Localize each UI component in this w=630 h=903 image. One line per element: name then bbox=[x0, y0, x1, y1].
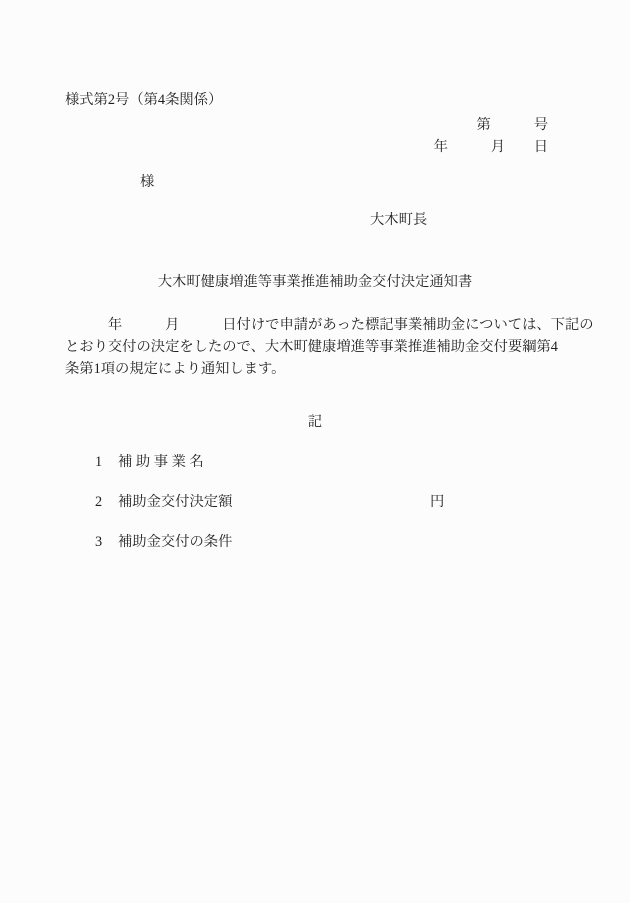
list-item-business-name: 1 補 助 事 業 名 bbox=[0, 451, 630, 473]
body-paragraph: 年 月 日付けで申請があった標記事業補助金については、下記の とおり交付の決定を… bbox=[65, 314, 575, 380]
item-number: 2 bbox=[95, 491, 102, 513]
list-item-grant-conditions: 3 補助金交付の条件 bbox=[0, 531, 630, 553]
item-label: 補助金交付決定額 bbox=[118, 491, 232, 513]
body-line: とおり交付の決定をしたので、大木町健康増進等事業推進補助金交付要綱第4 bbox=[65, 336, 575, 358]
body-line: 条第1項の規定により通知します。 bbox=[65, 358, 575, 380]
document-page: 様式第2号（第4条関係） 第 号 年 月 日 様 大木町長 大木町健康増進等事業… bbox=[0, 0, 630, 903]
item-label: 補助金交付の条件 bbox=[118, 531, 232, 553]
currency-unit-label: 円 bbox=[430, 491, 444, 513]
form-number: 様式第2号（第4条関係） bbox=[65, 89, 222, 111]
sender-title: 大木町長 bbox=[370, 209, 427, 231]
date-line: 年 月 日 bbox=[434, 136, 548, 158]
body-line: 年 月 日付けで申請があった標記事業補助金については、下記の bbox=[65, 314, 575, 336]
item-number: 3 bbox=[95, 531, 102, 553]
item-label: 補 助 事 業 名 bbox=[118, 451, 204, 473]
section-marker: 記 bbox=[0, 411, 630, 433]
document-number-line: 第 号 bbox=[477, 114, 548, 136]
item-number: 1 bbox=[95, 451, 102, 473]
document-title: 大木町健康増進等事業推進補助金交付決定通知書 bbox=[0, 271, 630, 293]
recipient-honorific: 様 bbox=[140, 171, 154, 193]
list-item-grant-amount: 2 補助金交付決定額 円 bbox=[0, 491, 630, 513]
